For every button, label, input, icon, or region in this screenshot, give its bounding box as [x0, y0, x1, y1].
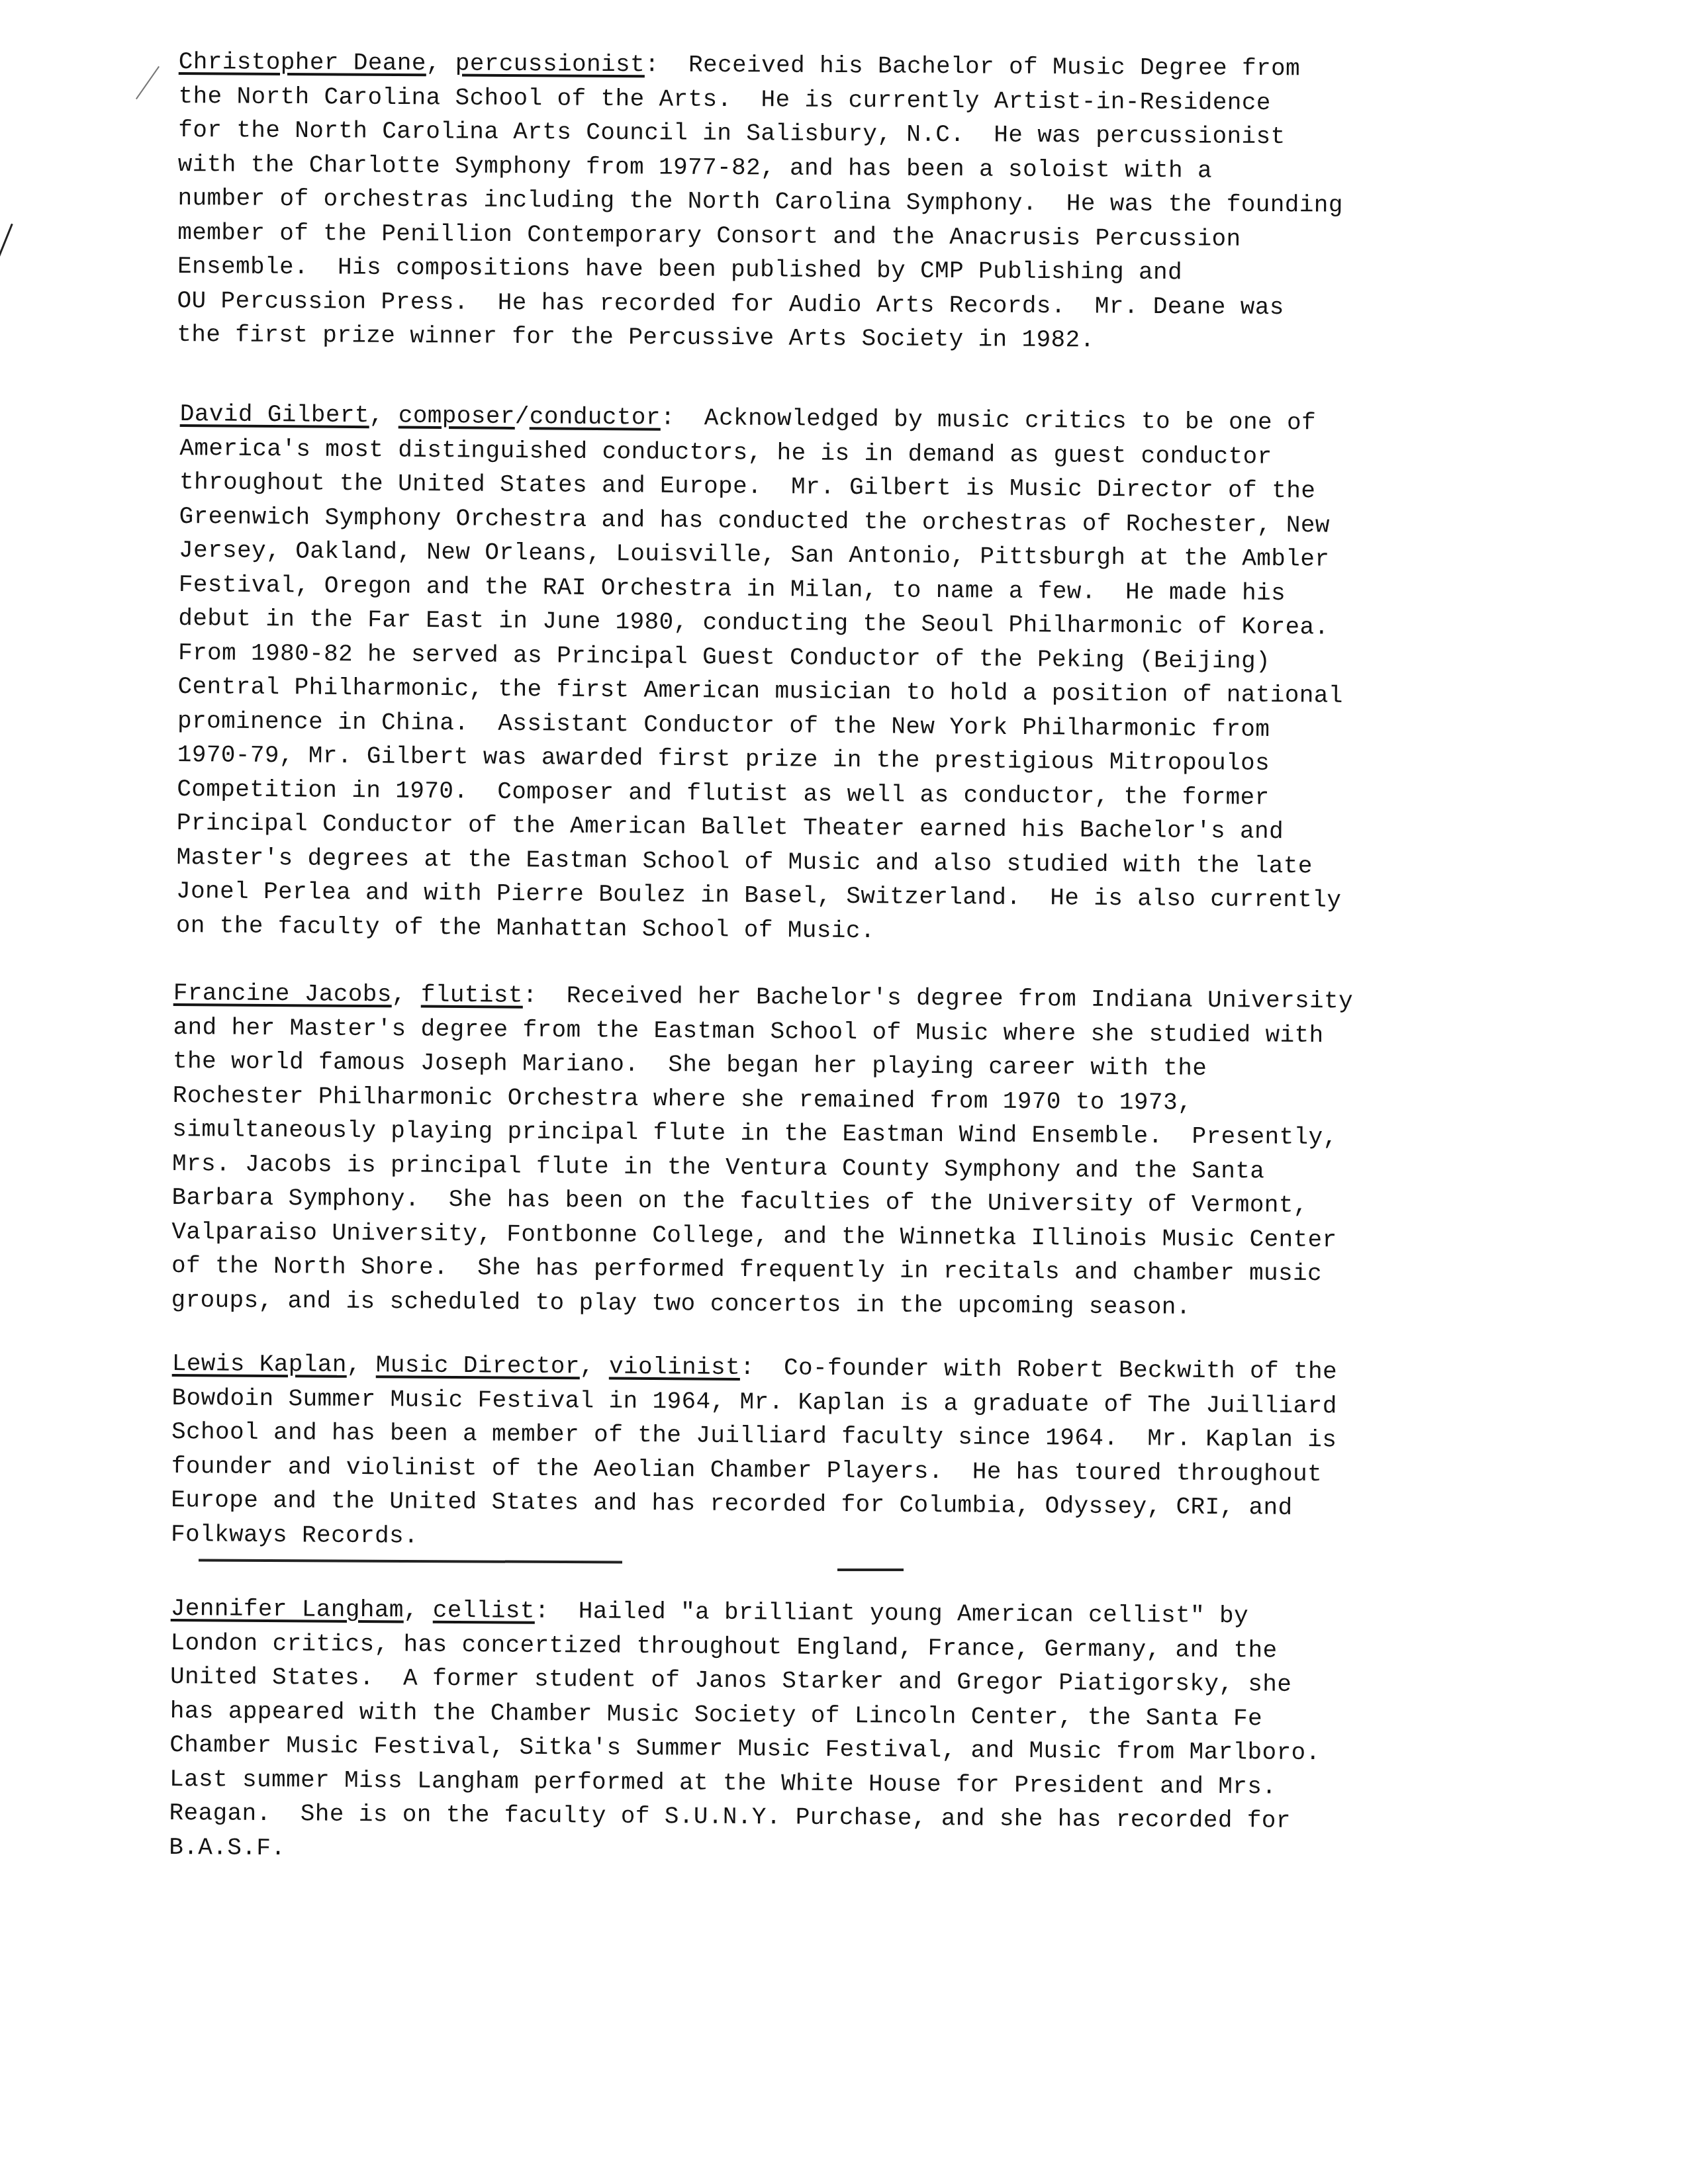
bio-text-line: Acknowledged by music critics to be one … — [704, 404, 1316, 436]
stray-pen-mark — [136, 66, 160, 99]
bio-name: Jennifer Langham — [171, 1595, 404, 1623]
bio-text-line: Received her Bachelor's degree from Indi… — [567, 982, 1353, 1015]
document-page: Christopher Deane, percussionist: Receiv… — [0, 0, 1688, 2184]
bio-role: composer — [399, 402, 515, 430]
bio-name: Lewis Kaplan — [172, 1350, 347, 1379]
bio-role: Music Director — [376, 1351, 580, 1380]
divider-rule — [199, 1559, 622, 1564]
bio-christopher-deane: Christopher Deane, percussionist: Receiv… — [177, 45, 1602, 361]
bio-text-line: Hailed "a brilliant young American celli… — [579, 1598, 1248, 1629]
bio-text-line: Co-founder with Robert Beckwith of the — [784, 1354, 1337, 1385]
bio-name: Francine Jacobs — [173, 979, 392, 1008]
divider-rule — [837, 1569, 904, 1571]
bio-role: percussionist — [455, 50, 645, 79]
bio-role: conductor — [530, 403, 661, 432]
bio-francine-jacobs: Francine Jacobs, flutist: Received her B… — [171, 976, 1597, 1327]
bio-role: flutist — [421, 981, 523, 1009]
stray-pen-mark — [0, 224, 13, 280]
bio-role: violinist — [609, 1353, 740, 1381]
bio-jennifer-langham: Jennifer Langham, cellist: Hailed "a bri… — [169, 1592, 1594, 1874]
bio-lewis-kaplan: Lewis Kaplan, Music Director, violinist:… — [171, 1347, 1595, 1561]
bio-text-line: Received his Bachelor of Music Degree fr… — [688, 52, 1300, 83]
bio-name: David Gilbert — [180, 400, 369, 429]
bio-name: Christopher Deane — [179, 48, 426, 77]
bio-david-gilbert: David Gilbert, composer/conductor: Ackno… — [176, 397, 1603, 954]
bio-role: cellist — [433, 1597, 535, 1625]
role-separator: / — [515, 403, 530, 430]
